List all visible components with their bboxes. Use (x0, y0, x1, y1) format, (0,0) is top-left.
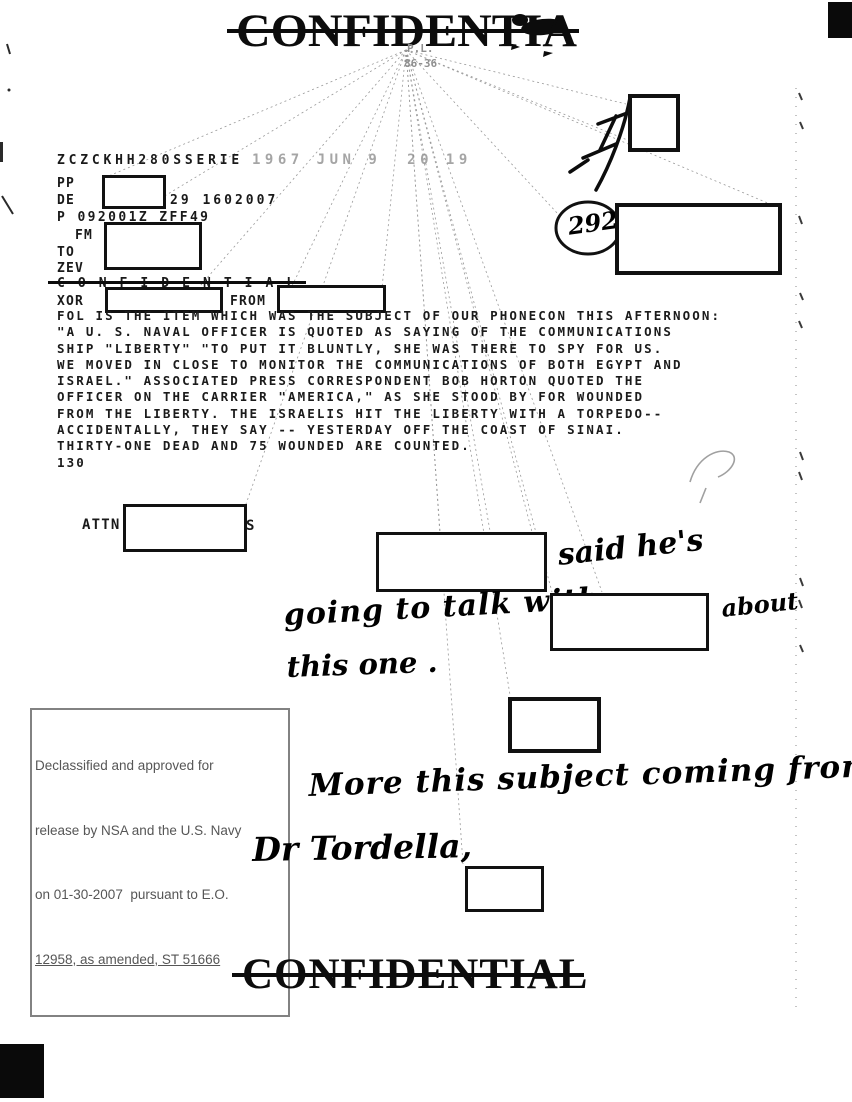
handwritten-note2-line2: Dr Tordella, (252, 826, 472, 869)
pl-note-line1: P.L. (407, 42, 434, 55)
pp-label: PP (57, 176, 75, 191)
redaction-box-small-square (628, 94, 680, 152)
classification-bottom-strike-line (232, 973, 584, 977)
redaction-box-attn (123, 504, 247, 552)
zev-label: ZEV (57, 261, 84, 276)
classification-top-strike-line (227, 29, 579, 33)
date-received-stamp: 1967 JUN 9 20 19 (252, 152, 472, 168)
handwritten-note1-line3: this one . (286, 645, 438, 684)
redaction-box-note1 (376, 532, 547, 592)
attn-label: ATTN (82, 517, 121, 533)
pl-note-line2: 86-36 (404, 57, 437, 70)
redaction-box-mid (508, 697, 601, 753)
attn-suffix: S (246, 518, 256, 534)
declass-line: Declassified and approved for (35, 755, 285, 777)
fm-label: FM (75, 228, 93, 243)
redaction-box-pp (102, 175, 166, 209)
body-line: ACCIDENTALLY, THEY SAY -- YESTERDAY OFF … (57, 422, 721, 438)
from-label: FROM (230, 294, 266, 309)
body-line: THIRTY-ONE DEAD AND 75 WOUNDED ARE COUNT… (57, 438, 721, 454)
de-value: 29 1602007 (170, 193, 278, 208)
page-right-edge-marks (796, 88, 803, 1012)
scan-corner-block-bottom-left (0, 1044, 44, 1098)
de-label: DE (57, 193, 75, 208)
body-line: 130 (57, 455, 721, 471)
handwritten-insert-mark (570, 98, 630, 190)
redaction-box-signature (465, 866, 544, 912)
document-scan-page: CONFIDENTIA P.L. 86-36 1967 JUN 9 20 19 … (0, 0, 852, 1102)
body-line: "A U. S. NAVAL OFFICER IS QUOTED AS SAYI… (57, 324, 721, 340)
redaction-box-large (615, 203, 782, 275)
declass-line: release by NSA and the U.S. Navy (35, 820, 285, 842)
body-line: ISRAEL." ASSOCIATED PRESS CORRESPONDENT … (57, 373, 721, 389)
redaction-box-note1-name (550, 593, 709, 651)
scan-corner-block-top-right (828, 2, 852, 38)
body-line: FOL IS THE ITEM WHICH WAS THE SUBJECT OF… (57, 308, 721, 324)
redaction-box-fm-to (104, 222, 202, 270)
message-body: FOL IS THE ITEM WHICH WAS THE SUBJECT OF… (57, 308, 721, 471)
body-line: WE MOVED IN CLOSE TO MONITOR THE COMMUNI… (57, 357, 721, 373)
declass-line: on 01-30-2007 pursuant to E.O. (35, 884, 285, 906)
xor-label: XOR (57, 294, 84, 309)
page-left-edge-marks (0, 44, 13, 214)
to-label: TO (57, 245, 75, 260)
inline-classification-strike-line (48, 281, 306, 284)
body-line: FROM THE LIBERTY. THE ISRAELIS HIT THE L… (57, 406, 721, 422)
routing-line: ZCZCKHH280SSERIE (57, 153, 243, 168)
body-line: OFFICER ON THE CARRIER "AMERICA," AS SHE… (57, 389, 721, 405)
body-line: SHIP "LIBERTY" "TO PUT IT BLUNTLY, SHE W… (57, 341, 721, 357)
